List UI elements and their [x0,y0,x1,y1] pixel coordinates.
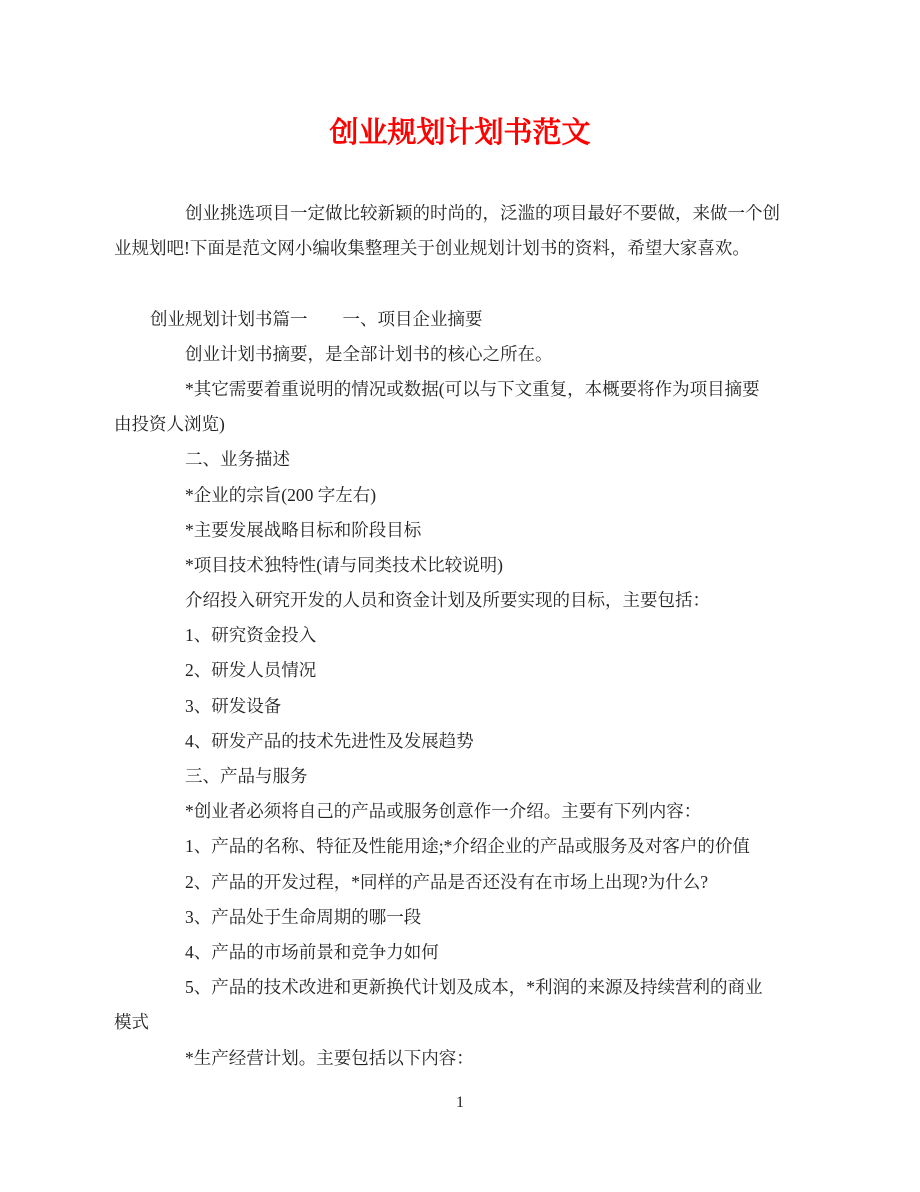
outline-section: 创业规划计划书篇一 一、项目企业摘要 创业计划书摘要，是全部计划书的核心之所在。… [114,302,794,1076]
text-line: 二、业务描述 [114,442,794,477]
text-line: 由投资人浏览) [114,407,794,442]
text-line: 3、产品处于生命周期的哪一段 [114,900,794,935]
text-line: 5、产品的技术改进和更新换代计划及成本，*利润的来源及持续营利的商业 [114,970,794,1005]
section-heading-line: 创业规划计划书篇一 一、项目企业摘要 [114,302,794,337]
document-page: 创业规划计划书范文 创业挑选项目一定做比较新颖的时尚的，泛滥的项目最好不要做，来… [0,0,920,1192]
page-number: 1 [0,1092,920,1114]
text-line: 2、产品的开发过程，*同样的产品是否还没有在市场上出现?为什么? [114,865,794,900]
intro-paragraph: 创业挑选项目一定做比较新颖的时尚的，泛滥的项目最好不要做，来做一个创 业规划吧!… [114,196,794,266]
text-line: 3、研发设备 [114,689,794,724]
text-line: *企业的宗旨(200 字左右) [114,478,794,513]
text-line: 介绍投入研究开发的人员和资金计划及所要实现的目标，主要包括： [114,583,794,618]
text-line: 创业计划书摘要，是全部计划书的核心之所在。 [114,337,794,372]
text-line: *项目技术独特性(请与同类技术比较说明) [114,548,794,583]
text-line: 4、研发产品的技术先进性及发展趋势 [114,724,794,759]
text-line: 1、研究资金投入 [114,618,794,653]
text-line: 创业挑选项目一定做比较新颖的时尚的，泛滥的项目最好不要做，来做一个创 [114,196,794,231]
text-line: 业规划吧!下面是范文网小编收集整理关于创业规划计划书的资料，希望大家喜欢。 [114,231,794,266]
text-line: 2、研发人员情况 [114,653,794,688]
text-line: 模式 [114,1005,794,1040]
text-line: 4、产品的市场前景和竞争力如何 [114,935,794,970]
text-line: *主要发展战略目标和阶段目标 [114,513,794,548]
text-line: *创业者必须将自己的产品或服务创意作一介绍。主要有下列内容： [114,794,794,829]
document-body: 创业挑选项目一定做比较新颖的时尚的，泛滥的项目最好不要做，来做一个创 业规划吧!… [114,196,794,1076]
text-line: 1、产品的名称、特征及性能用途;*介绍企业的产品或服务及对客户的价值 [114,829,794,864]
document-title: 创业规划计划书范文 [0,112,920,154]
text-line: *生产经营计划。主要包括以下内容： [114,1041,794,1076]
text-line: 三、产品与服务 [114,759,794,794]
text-line: *其它需要着重说明的情况或数据(可以与下文重复，本概要将作为项目摘要 [114,372,794,407]
